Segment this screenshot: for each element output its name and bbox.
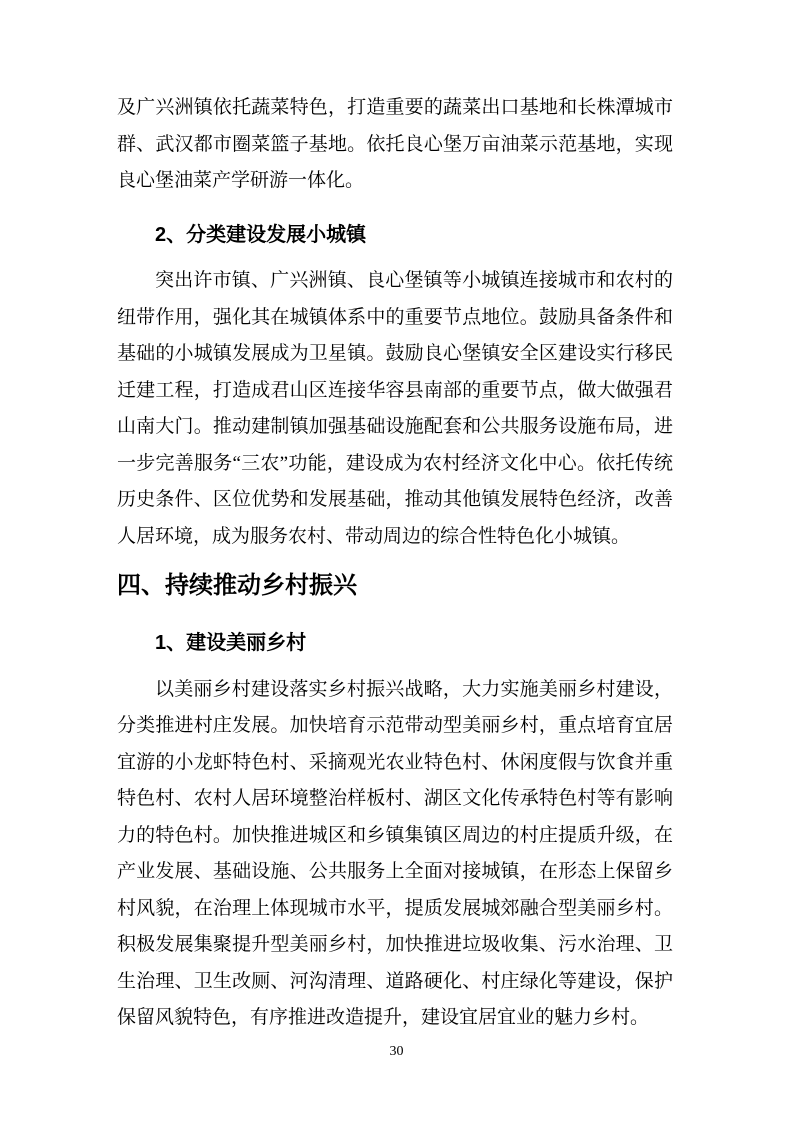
heading-section-1: 1、建设美丽乡村 <box>117 625 673 662</box>
page-content: 及广兴洲镇依托蔬菜特色，打造重要的蔬菜出口基地和长株潭城市群、武汉都市圈菜篮子基… <box>117 90 673 1037</box>
document-page: 及广兴洲镇依托蔬菜特色，打造重要的蔬菜出口基地和长株潭城市群、武汉都市圈菜篮子基… <box>0 0 793 1122</box>
paragraph-section-1: 以美丽乡村建设落实乡村振兴战略，大力实施美丽乡村建设，分类推进村庄发展。加快培育… <box>117 672 673 1037</box>
paragraph-continuation: 及广兴洲镇依托蔬菜特色，打造重要的蔬菜出口基地和长株潭城市群、武汉都市圈菜篮子基… <box>117 90 673 200</box>
paragraph-section-2: 突出许市镇、广兴洲镇、良心堡镇等小城镇连接城市和农村的纽带作用，强化其在城镇体系… <box>117 263 673 555</box>
page-number: 30 <box>0 1042 793 1062</box>
heading-chapter-4: 四、持续推动乡村振兴 <box>117 566 673 606</box>
heading-section-2: 2、分类建设发展小城镇 <box>117 217 673 254</box>
